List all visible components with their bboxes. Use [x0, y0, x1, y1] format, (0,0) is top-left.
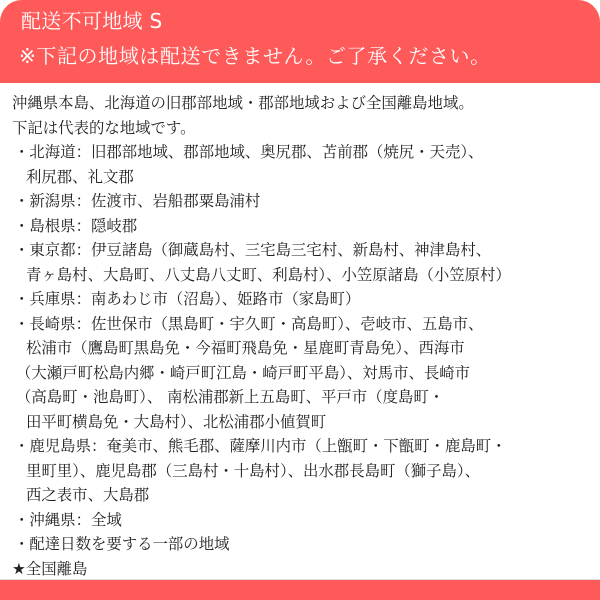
list-item-continuation: 西之表市、大島郡	[12, 483, 592, 508]
notice-subtitle: ※下記の地域は配送できません。ご了承ください。	[19, 42, 491, 70]
page-title: 配送不可地域 S	[21, 8, 162, 34]
list-item-continuation: （大瀬戸町松島内郷・崎戸町江島・崎戸町平島）、対馬市、長崎市	[12, 361, 592, 386]
region-list-content: 沖縄県本島、北海道の旧郡部地域・郡部地域および全国離島地域。 下記は代表的な地域…	[12, 91, 592, 581]
list-item-hokkaido: ・北海道：旧郡部地域、郡部地域、奥尻郡、苫前郡（焼尻・天売）、	[12, 140, 592, 165]
list-item-shimane: ・島根県：隠岐郡	[12, 214, 592, 239]
list-item-tokyo: ・東京都：伊豆諸島（御蔵島村、三宅島三宅村、新島村、神津島村、	[12, 238, 592, 263]
list-item-niigata: ・新潟県：佐渡市、岩船郡粟島浦村	[12, 189, 592, 214]
footer-band	[0, 580, 600, 600]
list-item-continuation: 利尻郡、礼文郡	[12, 165, 592, 190]
list-item-continuation: 田平町横島免・大島村）、北松浦郡小値賀町	[12, 410, 592, 435]
list-item-continuation: 青ヶ島村、大島町、八丈島八丈町、利島村）、小笠原諸島（小笠原村）	[12, 263, 592, 288]
list-item-continuation: 松浦市（鷹島町黒島免・今福町飛島免・星鹿町青島免）、西海市	[12, 336, 592, 361]
intro-line: 沖縄県本島、北海道の旧郡部地域・郡部地域および全国離島地域。	[12, 91, 592, 116]
header-banner: 配送不可地域 S ※下記の地域は配送できません。ご了承ください。	[0, 0, 600, 83]
list-item-delayed-areas: ・配達日数を要する一部の地域	[12, 532, 592, 557]
list-item-all-islands: ★全国離島	[12, 557, 592, 582]
list-item-continuation: （高島町・池島町）、 南松浦郡新上五島町、平戸市（度島町・	[12, 385, 592, 410]
list-item-continuation: 里町里）、鹿児島郡（三島村・十島村）、出水郡長島町（獅子島）、	[12, 459, 592, 484]
list-item-hyogo: ・兵庫県：南あわじ市（沼島）、姫路市（家島町）	[12, 287, 592, 312]
list-item-kagoshima: ・鹿児島県：奄美市、熊毛郡、薩摩川内市（上甑町・下甑町・鹿島町・	[12, 434, 592, 459]
list-item-nagasaki: ・長崎県：佐世保市（黒島町・宇久町・高島町）、壱岐市、五島市、	[12, 312, 592, 337]
list-item-okinawa: ・沖縄県：全域	[12, 508, 592, 533]
intro-line: 下記は代表的な地域です。	[12, 116, 592, 141]
